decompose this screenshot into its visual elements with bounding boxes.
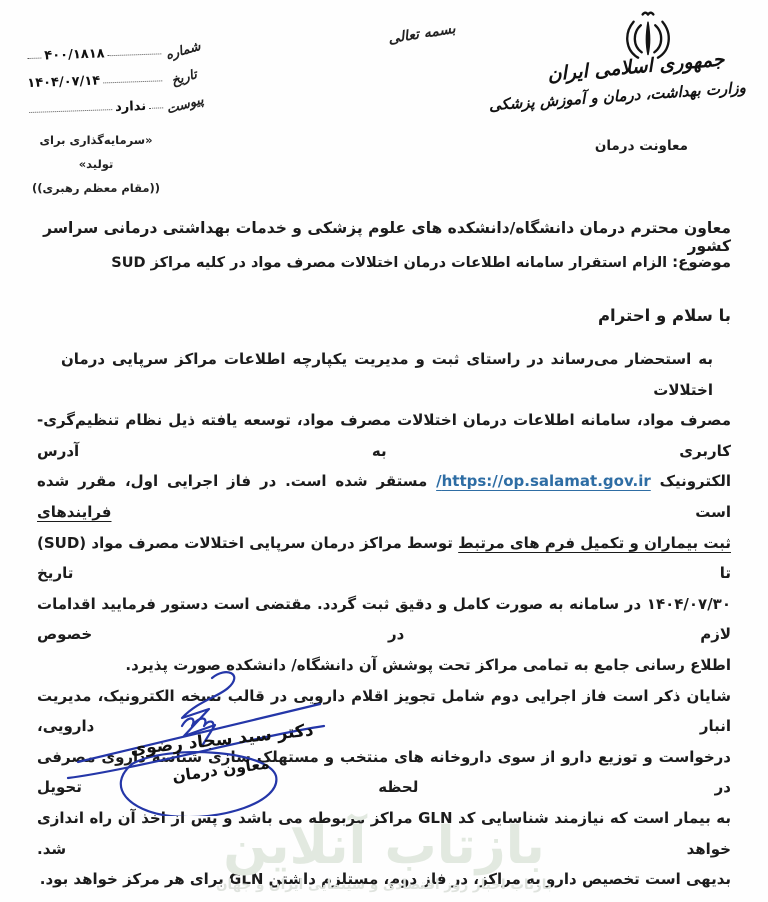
body-line-5: ۱۴۰۴/۰۷/۳۰ در سامانه به صورت کامل و دقیق… — [37, 589, 731, 650]
recipient-line: معاون محترم درمان دانشگاه/دانشکده های عل… — [37, 219, 731, 255]
body-line-2: مصرف مواد، سامانه اطلاعات درمان اختلالات… — [37, 405, 731, 466]
government-letterhead: جمهوری اسلامی ایران وزارت بهداشت، درمان … — [526, 56, 746, 104]
besmellah-text: بسمه تعالی — [387, 21, 456, 47]
meta-row-number: شماره ۴۰۰/۱۸۱۸ — [25, 31, 204, 64]
dotted-leader — [27, 58, 41, 59]
attachment-label: پیوست — [164, 92, 207, 117]
subject-line: موضوع: الزام استقرار سامانه اطلاعات درما… — [37, 253, 731, 271]
dotted-leader — [29, 109, 112, 113]
body-line-3-pre: الکترونیک — [651, 472, 731, 490]
letter-slogan: «سرمایه‌گذاری برای تولید» ((مقام معظم ره… — [28, 128, 164, 200]
date-value: ۱۴۰۴/۰۷/۱۴ — [26, 73, 101, 91]
slogan-line-1: «سرمایه‌گذاری برای تولید» — [28, 128, 164, 176]
letter-page: شماره ۴۰۰/۱۸۱۸ تاریخ ۱۴۰۴/۰۷/۱۴ پیوست ند… — [0, 0, 768, 902]
salamat-portal-link[interactable]: https://op.salamat.gov.ir/ — [436, 472, 651, 490]
letter-meta-block: شماره ۴۰۰/۱۸۱۸ تاریخ ۱۴۰۴/۰۷/۱۴ پیوست ند… — [25, 31, 206, 118]
body-line-3-underlined: فرایندهای — [37, 503, 112, 521]
number-value: ۴۰۰/۱۸۱۸ — [43, 46, 106, 63]
subject-text: الزام استقرار سامانه اطلاعات درمان اختلا… — [111, 255, 672, 271]
body-line-1: به استحضار می‌رساند در راستای ثبت و مدیر… — [37, 344, 731, 405]
department-title: معاونت درمان — [595, 138, 688, 154]
body-line-3: الکترونیک https://op.salamat.gov.ir/ مست… — [37, 466, 731, 527]
salutation: با سلام و احترام — [598, 306, 731, 325]
body-line-4: ثبت بیماران و تکمیل فرم های مرتبط توسط م… — [37, 528, 731, 589]
site-watermark: بازتاب آنلاین بازتاب اخبار روز اقتصادی و… — [0, 818, 768, 893]
body-line-4-underlined: ثبت بیماران و تکمیل فرم های مرتبط — [458, 534, 731, 552]
dotted-leader — [108, 53, 162, 56]
signature-block: دکتر سید سجاد رضوی معاون درمان — [62, 664, 342, 816]
dotted-leader — [103, 80, 162, 83]
subject-label: موضوع: — [672, 253, 731, 271]
watermark-subtitle: بازتاب اخبار روز اقتصادی و سینمایی ایران… — [0, 877, 768, 893]
attachment-value: ندارد — [114, 99, 148, 115]
watermark-title: بازتاب آنلاین — [0, 818, 768, 874]
dotted-leader — [149, 107, 163, 108]
slogan-line-2: ((مقام معظم رهبری)) — [28, 176, 164, 200]
